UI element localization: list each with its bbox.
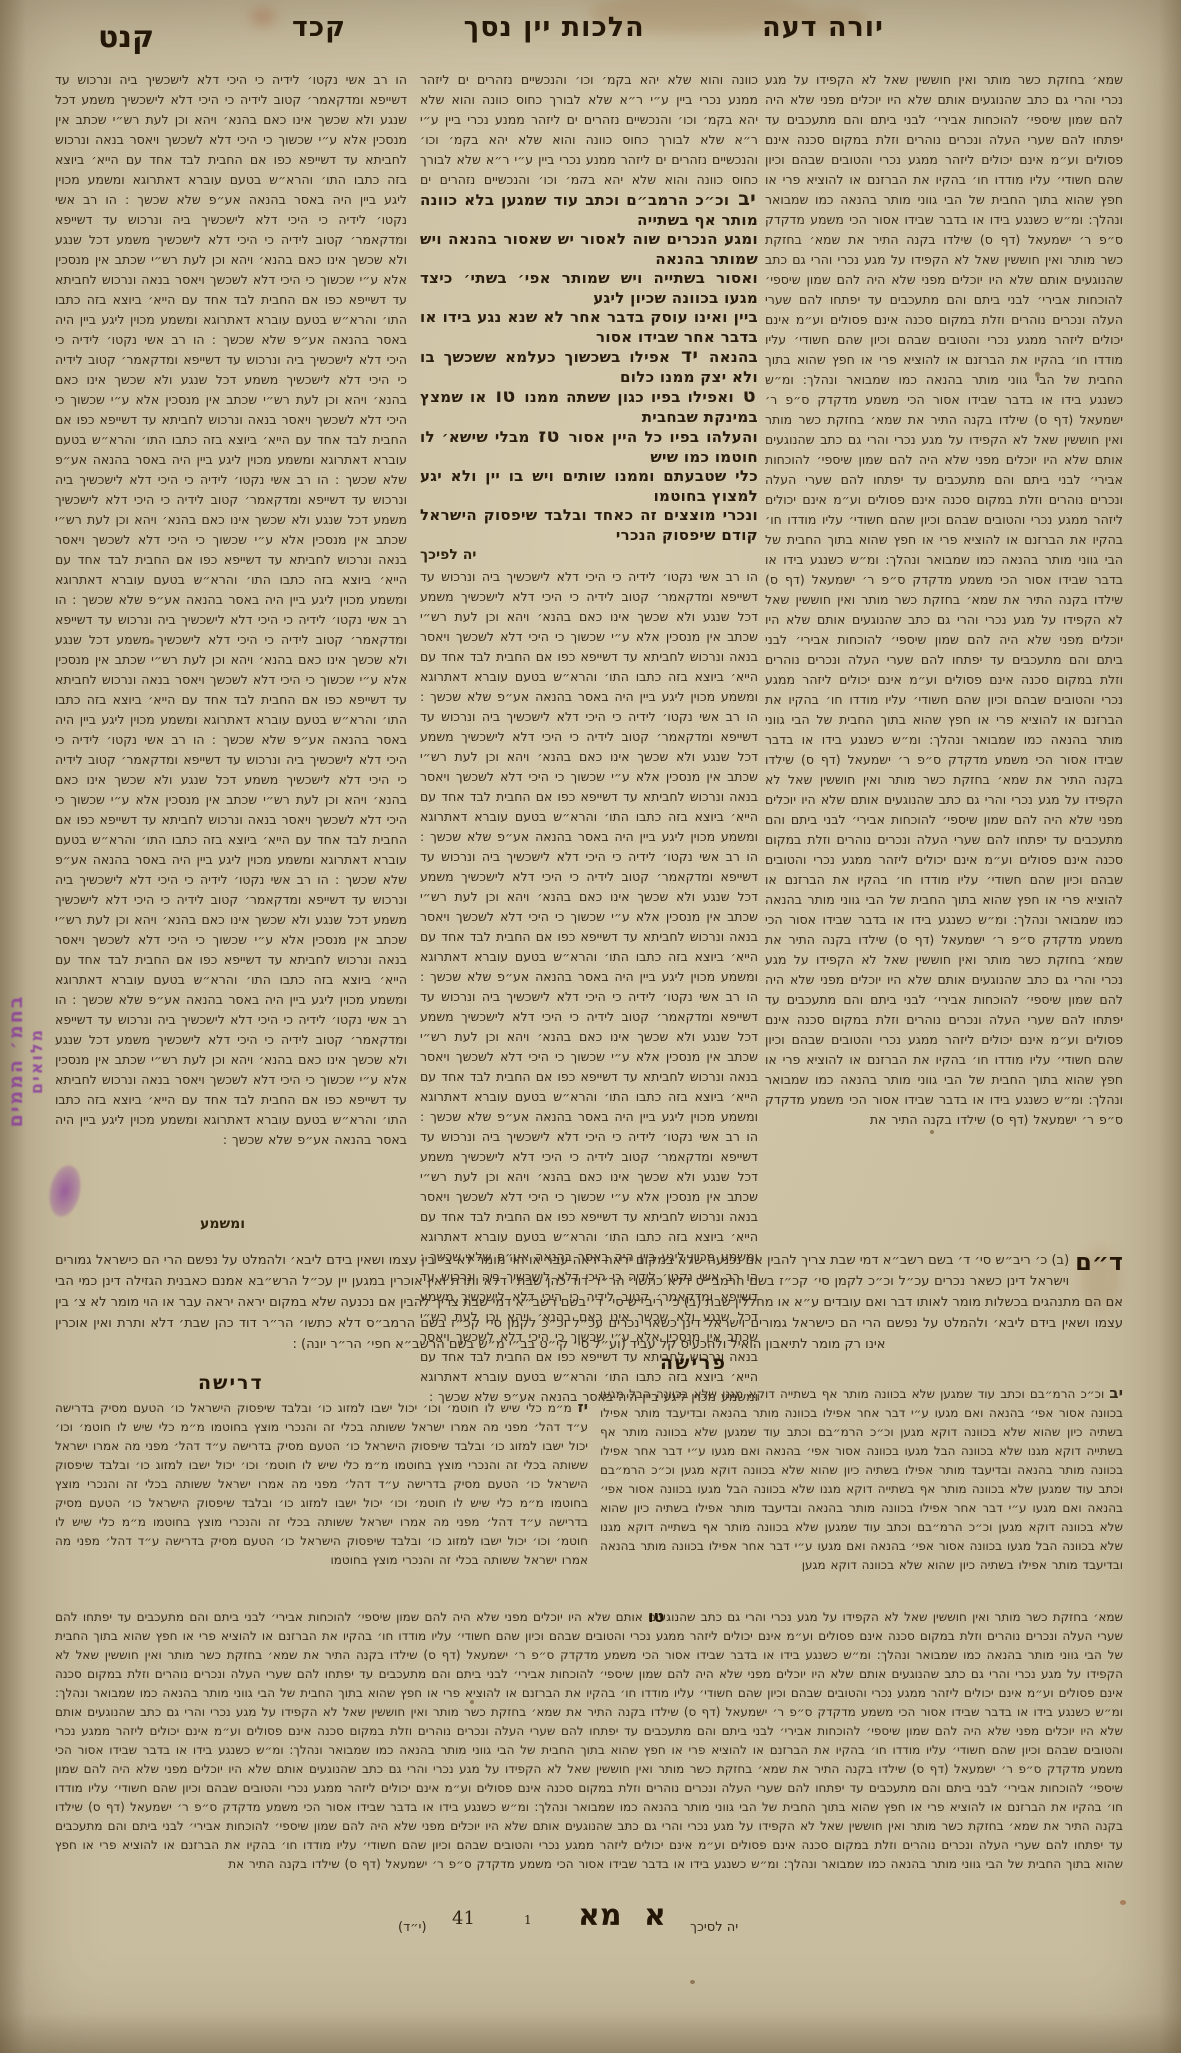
beit-yosef-center-top: כוונה והוא שלא יהא בקמ׳ וכו׳ והנכשיים נז… (420, 70, 758, 184)
library-stamp: בחמ׳ הממים מלואים (4, 945, 62, 1177)
drisha-text: מ״מ כלי שיש לו חוטמ׳ וכו׳ יכול ישבו למזו… (55, 1401, 588, 1567)
beit-yosef-right-column: שמא׳ בחזקת כשר מותר ואין חוששין שאל לא ה… (765, 70, 1123, 1230)
darkei-moshe-text: (ב) כ׳ ריב״ש סי׳ ד׳ בשם רשב״א דמי שבת צר… (55, 1253, 1123, 1334)
darkei-moshe-section: ד״ם(ב) כ׳ ריב״ש סי׳ ד׳ בשם רשב״א דמי שבת… (55, 1250, 1123, 1355)
prisha-column: יב וכ״כ הרמ״בם וכתב עוד שמגען שלא בכוונה… (600, 1384, 1123, 1593)
catchword-bottom: יה לסיכך (690, 1920, 738, 1935)
bottom-commentary-block: שמא׳ בחזקת כשר מותר ואין חוששין שאל לא ה… (55, 1608, 1123, 1900)
title-section-name: יורה דעה (762, 12, 884, 43)
catchword-center: יה לפיכך (420, 547, 758, 563)
bottom-section-number: טו (648, 1607, 664, 1626)
scanned-book-page: קנט יורה דעה הלכות יין נסך קכד שמא׳ בחזק… (0, 0, 1181, 2053)
library-stamp-line1: בחמ׳ הממים (5, 945, 27, 1177)
folio-letters-mem-alef: מא (578, 1898, 622, 1933)
paper-stain (250, 8, 276, 26)
page-title: יורה דעה הלכות יין נסך קכד (292, 12, 884, 43)
tur-text-block: יב וכ״כ הרמב״ם וכתב עוד שמגען בלא כוונה … (420, 190, 758, 545)
darkei-moshe-last-line: אינו רק מומר לתיאבון הואיל ולהכעיס קל עב… (55, 1334, 1123, 1355)
printers-signature: (י״ד) (398, 1920, 427, 1935)
stray-numeral: 1 (524, 1913, 532, 1927)
folio-number: קנט (98, 20, 154, 55)
darkei-moshe-initial: ד״ם (1069, 1250, 1123, 1274)
ink-speck (690, 1980, 695, 1984)
ink-speck (1120, 1900, 1126, 1905)
drisha-column: יז מ״מ כלי שיש לו חוטמ׳ וכו׳ יכול ישבו ל… (55, 1398, 588, 1598)
page-number-arabic: 41 (452, 1908, 475, 1929)
title-halachot-name: הלכות יין נסך (464, 12, 645, 43)
prisha-text: וכ״כ הרמ״בם וכתב עוד שמגען שלא בכוונה מו… (600, 1387, 1123, 1572)
title-siman-number: קכד (292, 12, 346, 43)
prisha-heading: פרישה (660, 1352, 727, 1374)
beit-yosef-left-column: הו רב אשי נקטו׳ לידיה כי היכי דלא לישכשי… (55, 70, 407, 1210)
catchword-left-column: ומשמע (200, 1216, 245, 1232)
drisha-section-number: יז (578, 1398, 588, 1416)
folio-letter-alef: א (644, 1898, 666, 1933)
prisha-section-number: יב (1109, 1384, 1123, 1402)
center-column: כוונה והוא שלא יהא בקמ׳ וכו׳ והנכשיים נז… (420, 70, 758, 1405)
library-stamp-line2: מלואים (27, 945, 46, 1177)
drisha-heading: דרישה (198, 1372, 264, 1394)
